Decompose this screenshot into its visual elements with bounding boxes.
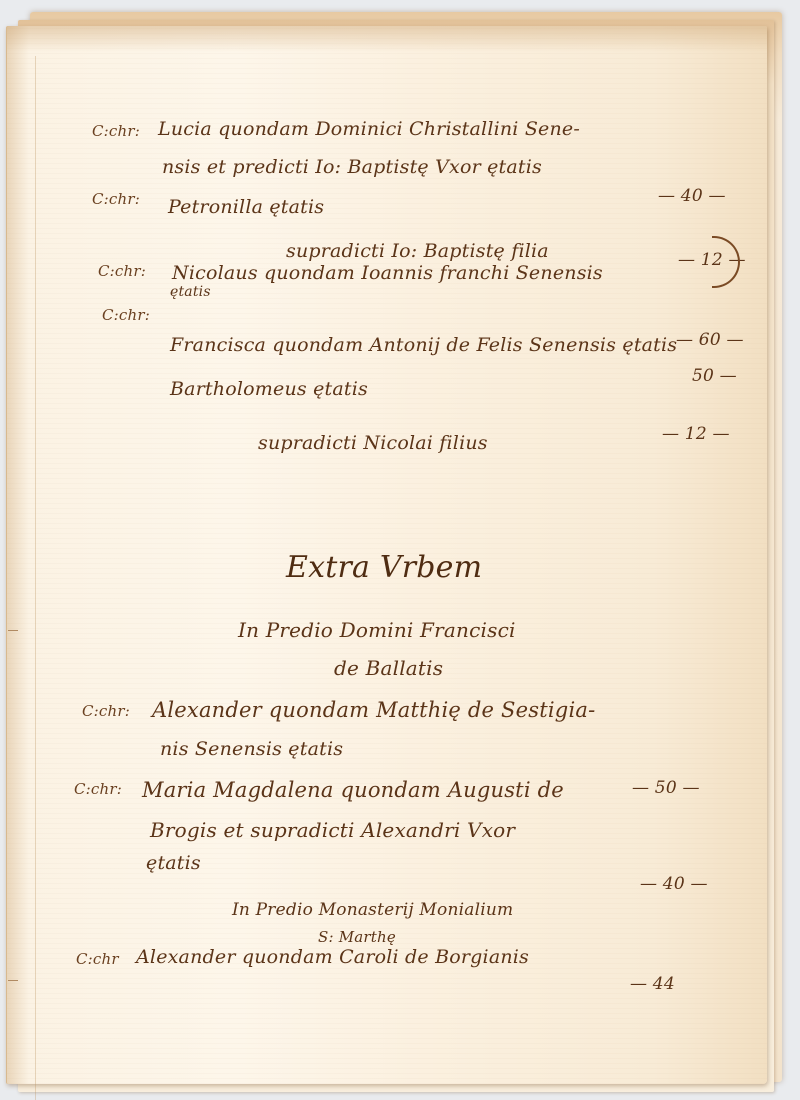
entry-amount: 50 —	[692, 366, 737, 386]
page-fold-line	[35, 56, 36, 1100]
entry-line: ętatis	[170, 284, 211, 300]
margin-annotation: C:chr:	[82, 702, 130, 720]
section-heading: Extra Vrbem	[286, 550, 482, 585]
entry-amount: — 40 —	[658, 186, 726, 206]
margin-annotation: C:chr	[76, 950, 119, 968]
margin-annotation: C:chr:	[92, 190, 140, 208]
entry-line: Bartholomeus ętatis	[170, 378, 368, 400]
edge-mark	[8, 630, 18, 631]
entry-amount: — 50 —	[632, 778, 700, 798]
entry-amount: — 60 —	[676, 330, 744, 350]
entry-line: supradicti Nicolai filius	[258, 432, 488, 454]
entry-line: nis Senensis ętatis	[160, 738, 343, 760]
entry-line: Lucia quondam Dominici Christallini Sene…	[158, 118, 580, 140]
margin-annotation: C:chr:	[92, 122, 140, 140]
margin-annotation: C:chr:	[98, 262, 146, 280]
edge-mark	[8, 980, 18, 981]
entry-line: supradicti Io: Baptistę filia	[286, 240, 549, 262]
subsection-title: In Predio Domini Francisci	[238, 618, 516, 642]
subsection-title: In Predio Monasterij Monialium	[232, 900, 513, 920]
entry-line: Brogis et supradicti Alexandri Vxor	[150, 818, 515, 842]
entry-line: nsis et predicti Io: Baptistę Vxor ętati…	[162, 156, 542, 178]
entry-line: Alexander quondam Caroli de Borgianis	[136, 946, 529, 968]
entry-amount: — 12 —	[662, 424, 730, 444]
entry-amount: — 44	[630, 974, 675, 994]
entry-line: Nicolaus quondam Ioannis franchi Senensi…	[172, 262, 603, 284]
subsection-title: de Ballatis	[334, 656, 443, 680]
entry-amount: — 40 —	[640, 874, 708, 894]
entry-line: Francisca quondam Antonij de Felis Senen…	[170, 334, 677, 356]
entry-line: Alexander quondam Matthię de Sestigia-	[152, 698, 595, 722]
entry-line: Maria Magdalena quondam Augusti de	[142, 778, 564, 802]
entry-line: ętatis	[146, 852, 201, 874]
subsection-title: S: Marthę	[318, 928, 396, 946]
margin-annotation: C:chr:	[102, 306, 150, 324]
margin-annotation: C:chr:	[74, 780, 122, 798]
entry-line: Petronilla ętatis	[168, 196, 324, 218]
